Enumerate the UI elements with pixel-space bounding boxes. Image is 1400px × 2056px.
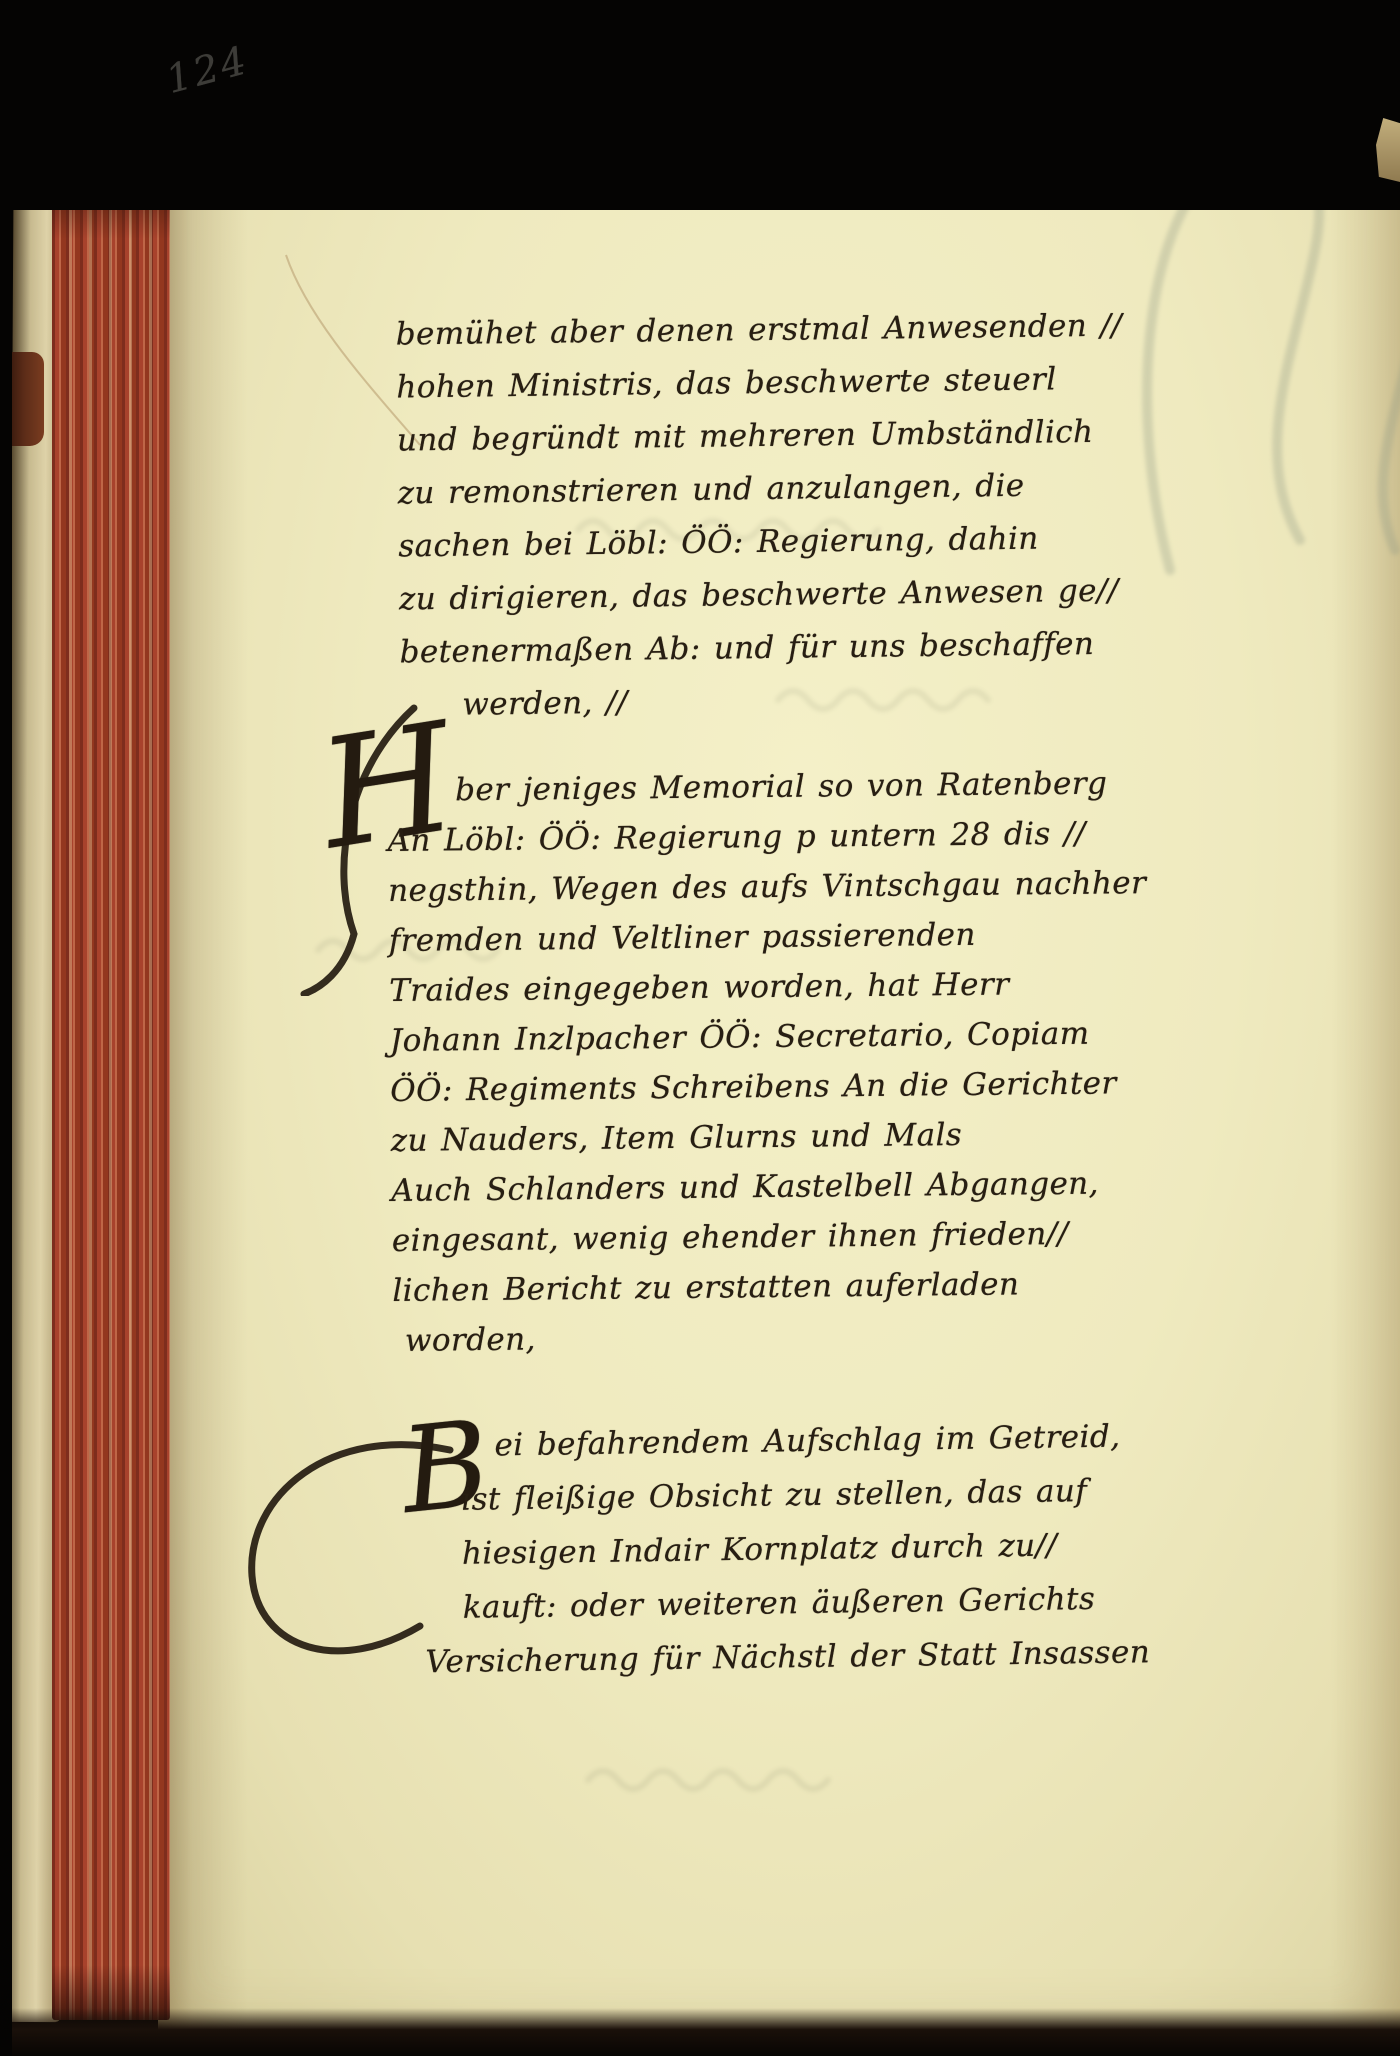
handwriting-line: ist fleißige Obsicht zu stellen, das auf [461, 1463, 1148, 1527]
red-fore-edge [52, 184, 170, 2020]
handwriting-line: hiesigen Indair Kornplatz durch zu// [462, 1517, 1149, 1581]
handwriting-line: An Löbl: ÖÖ: Regierung p untern 28 dis /… [387, 808, 1146, 866]
handwriting-line: hohen Ministris, das beschwerte steuerl [396, 353, 1123, 415]
handwriting-line: werden, // [462, 671, 1127, 732]
handwriting-line: eingesant, wenig ehender ihnen frieden// [392, 1208, 1151, 1266]
handwriting-line: ei befahrendem Aufschlag im Getreid, [460, 1409, 1147, 1473]
handwriting-line: Johann Inzlpacher ÖÖ: Secretario, Copiam [389, 1008, 1148, 1066]
paragraph-2: ber jeniges Memorial so von Ratenberg An… [387, 758, 1151, 1366]
handwriting-line: zu dirigieren, das beschwerte Anwesen ge… [399, 565, 1126, 627]
paragraph-3: ei befahrendem Aufschlag im Getreid, ist… [460, 1409, 1150, 1689]
handwriting-line: betenermaßen Ab: und für uns beschaffen [399, 618, 1126, 680]
handwriting-line: zu Nauders, Item Glurns und Mals [391, 1108, 1150, 1166]
handwriting-line: worden, [405, 1308, 1152, 1366]
handwriting-line: sachen bei Löbl: ÖÖ: Regierung, dahin [398, 512, 1125, 574]
handwriting-line: Auch Schlanders und Kastelbell Abgangen, [391, 1158, 1150, 1216]
handwriting-line: bemühet aber denen erstmal Anwesenden // [395, 300, 1122, 362]
handwriting-line: Traides eingegeben worden, hat Herr [389, 958, 1148, 1016]
handwriting-line: negsthin, Wegen des aufs Vintschgau nach… [388, 858, 1147, 916]
handwriting-line: zu remonstrieren und anzulangen, die [397, 459, 1124, 521]
handwriting-line: fremden und Veltliner passierenden [388, 908, 1147, 966]
handwriting-line: ÖÖ: Regiments Schreibens An die Gerichte… [390, 1058, 1149, 1116]
background-left [0, 0, 12, 2056]
handwriting-line: ber jeniges Memorial so von Ratenberg [387, 758, 1146, 816]
background-bottom [0, 2008, 1400, 2056]
manuscript-photo: 124 bemühet aber denen erstmal Anwesende… [0, 0, 1400, 2056]
handwriting-line: und begründt mit mehreren Umbständlich [397, 406, 1124, 468]
handwriting-line: kauft: oder weiteren äußeren Gerichts [462, 1571, 1149, 1635]
paragraph-1: bemühet aber denen erstmal Anwesenden //… [395, 300, 1127, 733]
background-top [0, 0, 1400, 210]
handwriting-line: Versicherung für Nächstl der Statt Insas… [425, 1625, 1150, 1689]
handwriting-line: lichen Bericht zu erstatten auferladen [392, 1258, 1151, 1316]
